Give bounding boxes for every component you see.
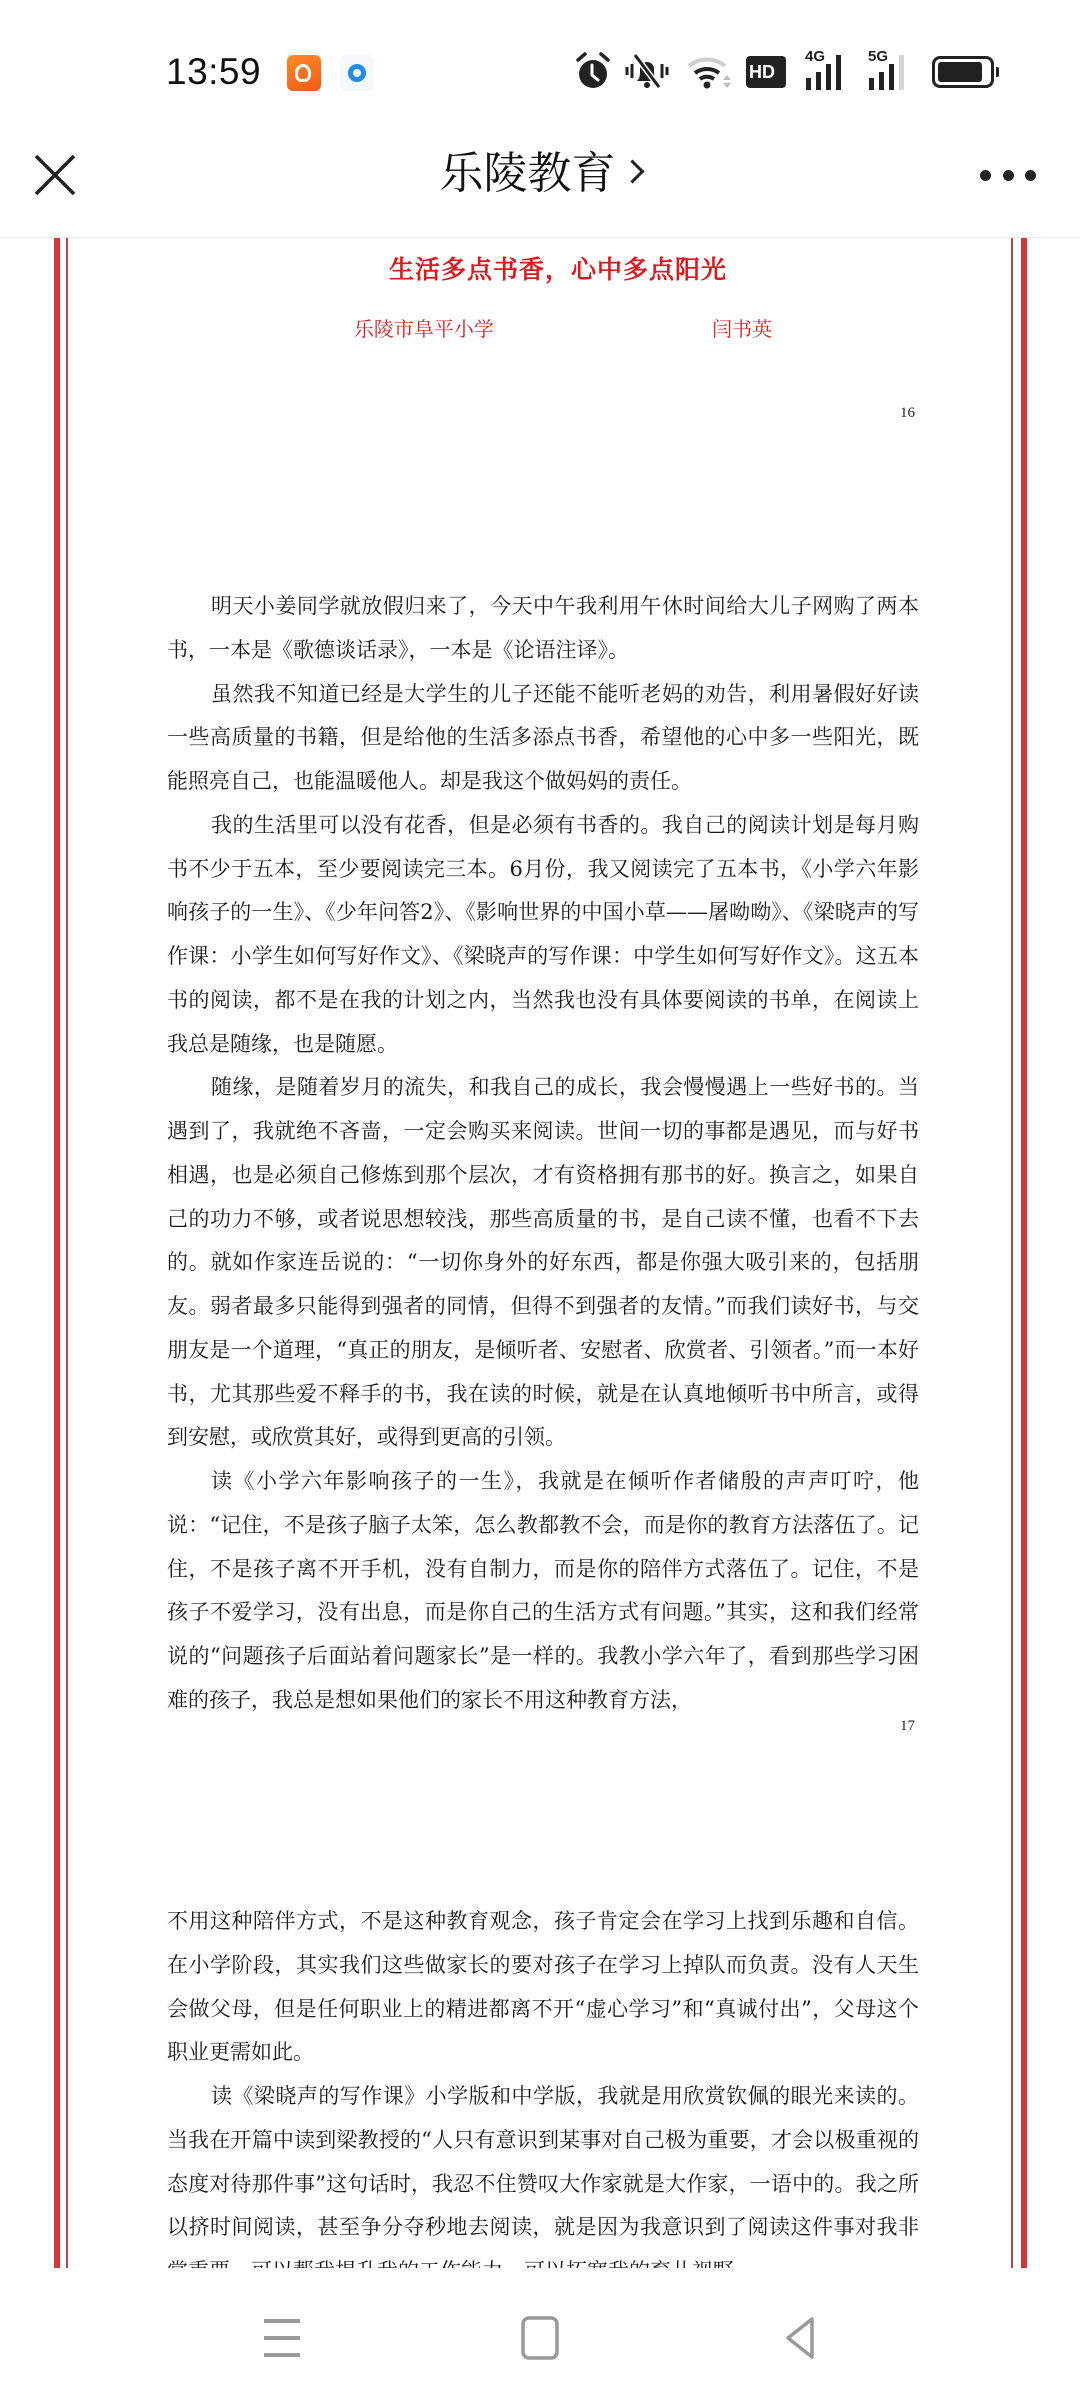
hd-voice-icon: HD (746, 56, 786, 88)
recent-apps-button[interactable] (252, 2313, 312, 2363)
account-title-link[interactable]: 乐陵教育 (0, 144, 1080, 204)
article-title: 生活多点书香，心中多点阳光 (0, 252, 1080, 288)
more-dot-icon (1003, 170, 1014, 181)
page-16-body: 明天小姜同学就放假归来了，今天中午我利用午休时间给大儿子网购了两本书，一本是《歌… (167, 585, 919, 1723)
paragraph: 明天小姜同学就放假归来了，今天中午我利用午休时间给大儿子网购了两本书，一本是《歌… (167, 585, 919, 673)
more-options-button[interactable] (980, 160, 1036, 190)
author-school: 乐陵市阜平小学 (354, 317, 494, 341)
page-border-right-thick (1021, 238, 1027, 2268)
article-document[interactable]: 生活多点书香，心中多点阳光 乐陵市阜平小学 闫书英 16 明天小姜同学就放假归来… (0, 238, 1080, 2268)
5g-label: 5G (868, 48, 888, 65)
4g-label: 4G (805, 48, 825, 65)
page-title: 乐陵教育 (440, 148, 616, 199)
more-dot-icon (1025, 170, 1036, 181)
page-number: 16 (900, 405, 915, 422)
vibrate-muted-bell-icon (623, 51, 671, 91)
menu-icon (252, 2313, 312, 2363)
uc-browser-icon (287, 55, 321, 91)
page-border-left-thick (54, 238, 60, 2268)
wifi-icon (687, 52, 731, 92)
article-author: 乐陵市阜平小学 闫书英 (0, 314, 1080, 344)
paragraph: 不用这种陪伴方式，不是这种教育观念，孩子肯定会在学习上找到乐趣和自信。在小学阶段… (167, 1900, 919, 2075)
alarm-icon (575, 51, 611, 91)
paragraph: 读《小学六年影响孩子的一生》，我就是在倾听作者储殷的声声叮咛，他说：“记住，不是… (167, 1460, 919, 1723)
paragraph: 读《梁晓声的写作课》小学版和中学版，我就是用欣赏钦佩的眼光来读的。当我在开篇中读… (167, 2075, 919, 2268)
page-border-left-thin (66, 238, 68, 2268)
back-button[interactable] (770, 2313, 830, 2363)
author-name: 闫书英 (712, 317, 772, 341)
status-time: 13:59 (166, 48, 261, 96)
page-17-body: 不用这种陪伴方式，不是这种教育观念，孩子肯定会在学习上找到乐趣和自信。在小学阶段… (167, 1900, 919, 2268)
4g-signal-icon: 4G (805, 52, 849, 92)
top-app-bar: 乐陵教育 (0, 130, 1080, 238)
battery-icon (932, 56, 994, 88)
more-dot-icon (980, 170, 991, 181)
blue-circle-app-icon (340, 55, 374, 91)
home-button[interactable] (510, 2313, 570, 2363)
home-icon (510, 2313, 570, 2363)
paragraph: 虽然我不知道已经是大学生的儿子还能不能听老妈的劝告，利用暑假好好读一些高质量的书… (167, 673, 919, 804)
back-icon (770, 2313, 830, 2363)
page-border-right-thin (1011, 238, 1013, 2268)
page-number: 17 (900, 1718, 915, 1735)
chevron-right-icon (620, 159, 644, 183)
5g-signal-icon: 5G (868, 52, 912, 92)
system-nav-bar (0, 2268, 1080, 2400)
hd-label: HD (749, 62, 775, 82)
paragraph: 我的生活里可以没有花香，但是必须有书香的。我自己的阅读计划是每月购书不少于五本，… (167, 804, 919, 1067)
paragraph: 随缘，是随着岁月的流失，和我自己的成长，我会慢慢遇上一些好书的。当遇到了，我就绝… (167, 1066, 919, 1460)
status-bar: 13:59 HD 4G 5G (0, 0, 1080, 130)
